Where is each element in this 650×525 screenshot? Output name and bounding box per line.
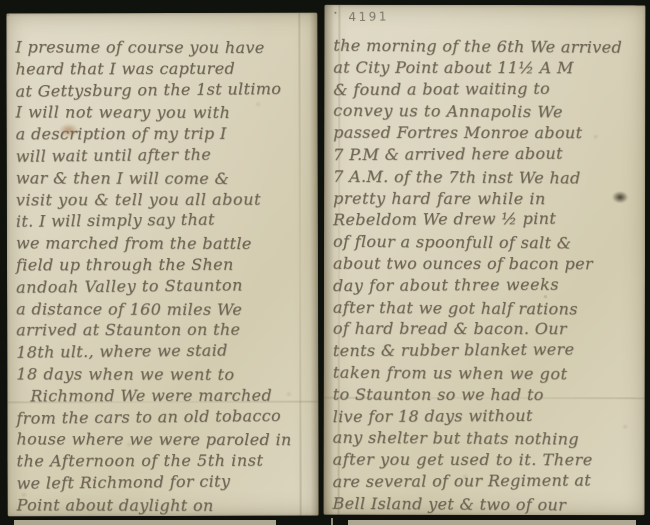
letter-scan: I presume of course you have heard that … bbox=[0, 0, 650, 525]
handwritten-line: pretty hard fare while in bbox=[333, 187, 643, 209]
handwritten-line: the morning of the 6th We arrived bbox=[333, 35, 643, 59]
handwritten-line: 7 A.M. of the 7th inst We had bbox=[333, 166, 643, 190]
handwritten-line: house where we were paroled in bbox=[16, 429, 316, 452]
handwritten-line: a description of my trip I bbox=[16, 123, 316, 146]
handwritten-line: will wait until after the bbox=[16, 143, 316, 168]
handwritten-line: Rebeldom We drew ½ pint bbox=[333, 208, 643, 232]
handwritten-line: live for 18 days without bbox=[333, 404, 643, 428]
pencil-dot bbox=[334, 12, 336, 14]
handwritten-line: war & then I will come & bbox=[16, 167, 316, 190]
handwritten-line: after you get used to it. There bbox=[333, 449, 643, 471]
handwritten-line: convey us to Annapolis We bbox=[333, 100, 643, 124]
underlying-page-edge bbox=[348, 520, 636, 525]
handwritten-line: andoah Valley to Staunton bbox=[16, 273, 316, 298]
handwritten-line: taken from us when we got bbox=[333, 362, 643, 386]
handwritten-line: passed Fortres Monroe about bbox=[333, 122, 643, 144]
handwritten-line: Bell Island yet & two of our bbox=[332, 492, 642, 515]
handwritten-line: Richmond We were marched bbox=[16, 384, 316, 407]
handwritten-line: of flour a spoonfull of salt & bbox=[333, 231, 643, 255]
underlying-page-edge bbox=[14, 520, 276, 525]
letter-page-left: I presume of course you have heard that … bbox=[6, 13, 318, 517]
letter-page-right: 4191 the morning of the 6th We arrived a… bbox=[324, 5, 646, 516]
handwritten-line: 18th ult., where we staid bbox=[16, 339, 316, 364]
handwritten-line: at Gettysburg on the 1st ultimo bbox=[15, 77, 315, 102]
handwritten-line: we marched from the battle bbox=[16, 233, 316, 256]
handwritten-line: are several of our Regiment at bbox=[333, 469, 643, 493]
handwritten-text-block: I presume of course you have heard that … bbox=[15, 36, 316, 516]
handwritten-line: tents & rubber blanket were bbox=[333, 338, 643, 362]
handwritten-line: about two ounces of bacon per bbox=[333, 253, 643, 275]
handwritten-line: we left Richmond for city bbox=[16, 470, 316, 495]
handwritten-line: heard that I was captured bbox=[15, 57, 315, 80]
handwritten-line: at City Point about 11½ A M bbox=[333, 57, 643, 79]
handwritten-line: Point about daylight on bbox=[17, 494, 317, 516]
handwritten-line: to Staunton so we had to bbox=[333, 383, 643, 405]
handwritten-line: it. I will simply say that bbox=[16, 208, 316, 233]
handwritten-line: a distance of 160 miles We bbox=[16, 298, 316, 321]
foxing-spots bbox=[6, 13, 9, 16]
handwritten-line: I will not weary you with bbox=[16, 102, 316, 125]
handwritten-line: 7 P.M & arrived here about bbox=[333, 142, 643, 166]
catalog-number: 4191 bbox=[348, 9, 389, 24]
underlying-page-fold bbox=[331, 518, 333, 525]
handwritten-text-block: the morning of the 6th We arrived at Cit… bbox=[333, 35, 644, 515]
handwritten-line: the Afternoon of the 5th inst bbox=[16, 450, 316, 473]
handwritten-line: 18 days when we went to bbox=[16, 363, 316, 386]
handwritten-line: any shelter but thats nothing bbox=[333, 427, 643, 451]
handwritten-line: of hard bread & bacon. Our bbox=[333, 318, 643, 340]
handwritten-line: field up through the Shen bbox=[16, 254, 316, 277]
handwritten-line: from the cars to an old tobacco bbox=[16, 404, 316, 429]
handwritten-line: day for about three weeks bbox=[333, 273, 643, 297]
handwritten-line: & found a boat waiting to bbox=[333, 77, 643, 101]
handwritten-line: I presume of course you have bbox=[15, 36, 315, 59]
handwritten-line: after that we got half rations bbox=[333, 296, 643, 320]
